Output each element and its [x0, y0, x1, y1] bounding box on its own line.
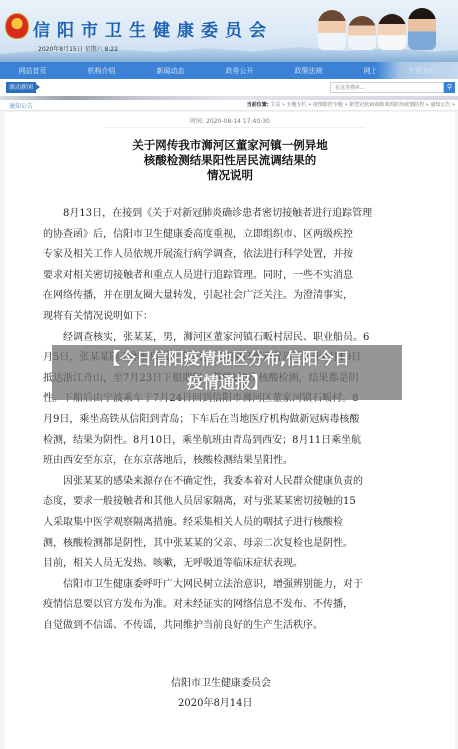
nav-item-about[interactable]: 机构介绍: [73, 66, 130, 76]
notice-bar: 滚动新闻 ⚲: [0, 79, 458, 96]
body-line: 的协查函》后，信阳市卫生健康委高度重视，立即组织市、区两级疾控: [43, 225, 417, 246]
body-line: 班由西安至东京，在东京落地后，核酸检测结果呈阳性。: [43, 451, 417, 472]
paragraph: 因张某某的感染来源存在不确定性，我委本着对人民群众健康负责的 态度，要求一般接触…: [43, 472, 417, 575]
banner-date: 2020年8月15日 星期六 8:22: [38, 44, 118, 53]
body-line: 测，核酸检测都是阴性，其中张某某的父亲、母亲二次复检也是阴性。: [43, 534, 417, 555]
person-figure: [378, 14, 406, 50]
article-title: 关于网传我市浉河区董家河镇一例异地 核酸检测结果阳性居民流调结果的 情况说明: [5, 138, 455, 183]
caption-line: 【今日信阳疫情地区分布,信阳今日: [52, 347, 402, 371]
breadcrumb-row: 通知公告 当前位置: 主页 » 专题专栏 » 疫情防控专题 » 新型冠状病毒肺炎…: [0, 100, 458, 111]
signature-date: 2020年8月14日: [178, 694, 253, 709]
body-line: 在网络传播，并在朋友圈大量转发，引起社会广泛关注。为澄清事实，: [43, 286, 417, 307]
body-line: 态度，要求一般接触者和其他人员居家隔离，对与张某某密切接触的15: [43, 492, 417, 513]
body-line: 现将有关情况说明如下：: [43, 307, 417, 328]
breadcrumb-path[interactable]: 主页 » 专题专栏 » 疫情防控专题 » 新型冠状病毒肺炎的防治疫情防控 » 通…: [270, 102, 455, 108]
search-input[interactable]: [330, 82, 444, 93]
main-nav: 网站首页 机构介绍 新闻动态 政务公开 政策法规 网上服务 专题专栏: [0, 62, 458, 79]
nav-item-news[interactable]: 新闻动态: [142, 66, 199, 76]
person-figure: [408, 8, 436, 50]
breadcrumb: 当前位置: 主页 » 专题专栏 » 疫情防控专题 » 新型冠状病毒肺炎的防治疫情…: [247, 101, 455, 108]
publish-time: 时间: 2020-08-14 17:40:30: [5, 116, 455, 125]
person-figure: [318, 10, 346, 50]
section-label[interactable]: 通知公告: [9, 101, 33, 110]
nav-item-home[interactable]: 网站首页: [4, 66, 61, 76]
scrolling-news-tag: 滚动新闻: [6, 82, 36, 93]
body-line: 自觉做到不信谣、不传谣，共同维护当前良好的生产生活秩序。: [43, 616, 417, 637]
nav-item-policy[interactable]: 政策法规: [280, 66, 337, 76]
nav-item-special-topics[interactable]: 专题专栏: [392, 66, 452, 76]
body-line: 因张某某的感染来源存在不确定性，我委本着对人民群众健康负责的: [43, 472, 417, 493]
paragraph: 信阳市卫生健康委呼吁广大网民树立法治意识，增强辨别能力，对于 疫情信息要以官方发…: [43, 575, 417, 637]
signature-org: 信阳市卫生健康委员会: [171, 674, 271, 689]
title-line: 核酸检测结果阳性居民流调结果的: [5, 153, 455, 168]
title-line: 情况说明: [5, 168, 455, 183]
person-figure: [348, 16, 376, 50]
body-line: 目前，相关人员无发热、咳嗽，无呼吸道等临床症状表现。: [43, 554, 417, 575]
site-title: 信阳市卫生健康委员会: [33, 16, 273, 41]
breadcrumb-prefix: 当前位置:: [247, 102, 269, 108]
banner-family-photo: [318, 6, 438, 50]
body-line: 8月13日，在接到《关于对新冠肺炎确诊患者密切接触者进行追踪管理: [43, 204, 417, 225]
paragraph: 8月13日，在接到《关于对新冠肺炎确诊患者密切接触者进行追踪管理 的协查函》后，…: [43, 204, 417, 328]
body-line: 专家及相关工作人员依规开展流行病学调查，依法进行科学处置，并按: [43, 245, 417, 266]
body-line: 疫情信息要以官方发布为准。对未经证实的网络信息不发布、不传播，: [43, 595, 417, 616]
caption-overlay: 【今日信阳疫情地区分布,信阳今日 疫情通报】: [52, 347, 402, 395]
caption-line: 疫情通报】: [52, 371, 402, 395]
search-icon: ⚲: [447, 83, 452, 91]
divider: [105, 127, 365, 128]
title-line: 关于网传我市浉河区董家河镇一例异地: [5, 138, 455, 153]
nav-item-gov-info[interactable]: 政务公开: [211, 66, 268, 76]
search-button[interactable]: ⚲: [444, 82, 455, 93]
body-line: 人采取集中医学观察隔离措施。经采集相关人员的咽拭子进行核酸检: [43, 513, 417, 534]
article-body: 8月13日，在接到《关于对新冠肺炎确诊患者密切接触者进行追踪管理 的协查函》后，…: [43, 204, 417, 636]
body-line: 要求对相关密切接触者和重点人员进行追踪管理。同时，一些不实消息: [43, 266, 417, 287]
body-line: 检测，结果为阴性。8月10日，乘坐航班由青岛到西安；8月11日乘坐航: [43, 431, 417, 452]
site-banner: 信阳市卫生健康委员会 2020年8月15日 星期六 8:22: [0, 0, 458, 62]
body-line: 月9日，乘坐高铁从信阳到青岛；下车后在当地医疗机构做新冠病毒核酸: [43, 410, 417, 431]
body-line: 信阳市卫生健康委呼吁广大网民树立法治意识，增强辨别能力，对于: [43, 575, 417, 596]
national-emblem-icon: [5, 13, 29, 39]
